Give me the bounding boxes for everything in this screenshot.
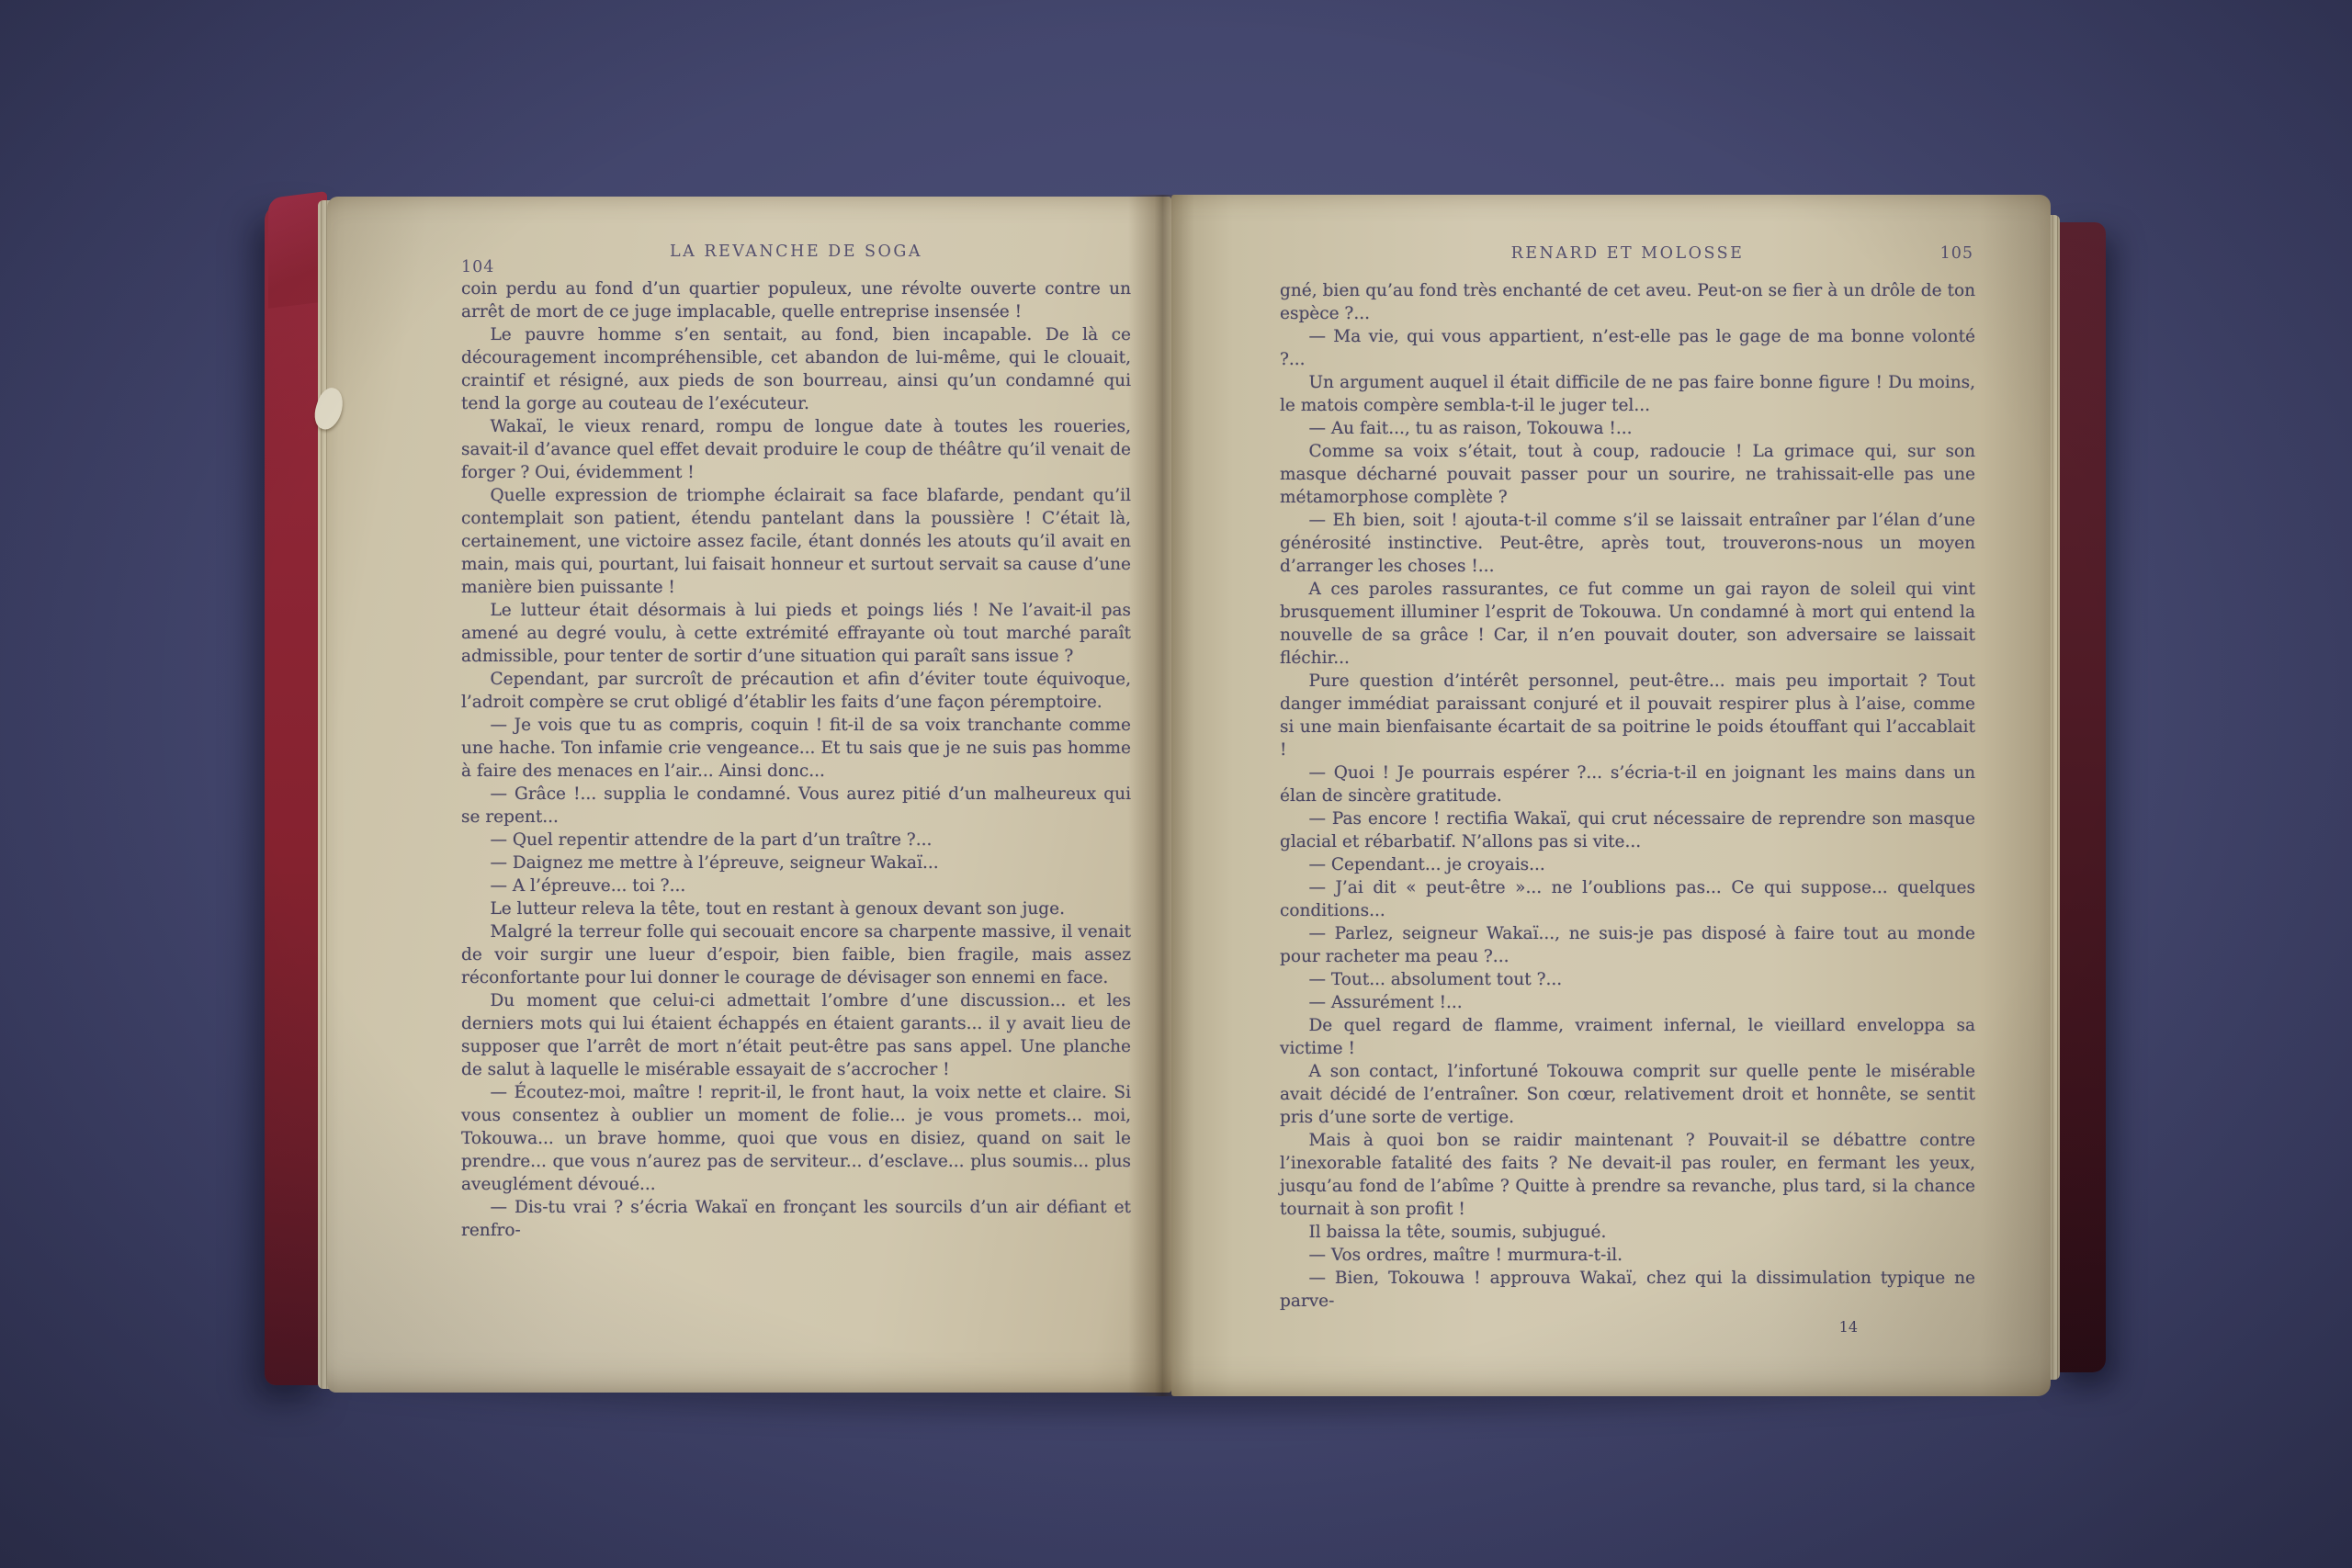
left-page-text: coin perdu au fond d’un quartier populeu… — [461, 277, 1131, 1242]
right-page-header: RENARD ET MOLOSSE 105 — [1280, 244, 1975, 281]
paragraph: — Assurément !... — [1280, 991, 1975, 1014]
paragraph: Quelle expression de triomphe éclairait … — [461, 484, 1131, 599]
page-number-right: 105 — [1940, 244, 1973, 263]
paragraph: — Quoi ! Je pourrais espérer ?... s’écri… — [1280, 761, 1975, 807]
left-page[interactable]: 104 LA REVANCHE DE SOGA coin perdu au fo… — [327, 197, 1171, 1393]
right-page-text: gné, bien qu’au fond très enchanté de ce… — [1280, 279, 1975, 1313]
paragraph: Wakaï, le vieux renard, rompu de longue … — [461, 415, 1131, 484]
photograph-background: 104 LA REVANCHE DE SOGA coin perdu au fo… — [0, 0, 2352, 1568]
paragraph: coin perdu au fond d’un quartier populeu… — [461, 277, 1131, 323]
paragraph: gné, bien qu’au fond très enchanté de ce… — [1280, 279, 1975, 325]
paragraph: Le lutteur releva la tête, tout en resta… — [461, 897, 1131, 920]
running-header-right: RENARD ET MOLOSSE — [1280, 244, 1975, 263]
paragraph: — Tout... absolument tout ?... — [1280, 968, 1975, 991]
paragraph: — Je vois que tu as compris, coquin ! fi… — [461, 714, 1131, 783]
paragraph: — Grâce !... supplia le condamné. Vous a… — [461, 783, 1131, 829]
paragraph: — Parlez, seigneur Wakaï..., ne suis-je … — [1280, 922, 1975, 968]
paragraph: Malgré la terreur folle qui secouait enc… — [461, 920, 1131, 989]
paragraph: — Écoutez-moi, maître ! reprit-il, le fr… — [461, 1081, 1131, 1196]
page-number-left: 104 — [461, 258, 494, 276]
paragraph: — J’ai dit « peut-être »... ne l’oublion… — [1280, 876, 1975, 922]
open-book: 104 LA REVANCHE DE SOGA coin perdu au fo… — [265, 162, 2115, 1407]
paragraph: — A l’épreuve... toi ?... — [461, 874, 1131, 897]
paragraph: — Au fait..., tu as raison, Tokouwa !... — [1280, 417, 1975, 440]
paragraph: A son contact, l’infortuné Tokouwa compr… — [1280, 1060, 1975, 1129]
right-page-content: gné, bien qu’au fond très enchanté de ce… — [1280, 279, 1975, 1338]
book-cover-left — [265, 204, 325, 1385]
paragraph: De quel regard de flamme, vraiment infer… — [1280, 1014, 1975, 1060]
running-header-left: LA REVANCHE DE SOGA — [461, 243, 1131, 261]
paragraph: Un argument auquel il était difficile de… — [1280, 371, 1975, 417]
paragraph: Mais à quoi bon se raidir maintenant ? P… — [1280, 1129, 1975, 1221]
right-page[interactable]: RENARD ET MOLOSSE 105 gné, bien qu’au fo… — [1171, 195, 2051, 1396]
paragraph: Le pauvre homme s’en sentait, au fond, b… — [461, 323, 1131, 415]
paragraph: — Bien, Tokouwa ! approuva Wakaï, chez q… — [1280, 1267, 1975, 1313]
paragraph: Du moment que celui-ci admettait l’ombre… — [461, 989, 1131, 1081]
paragraph: — Daignez me mettre à l’épreuve, seigneu… — [461, 852, 1131, 874]
paragraph: Comme sa voix s’était, tout à coup, rado… — [1280, 440, 1975, 509]
paragraph: — Quel repentir attendre de la part d’un… — [461, 829, 1131, 852]
paragraph: — Cependant... je croyais... — [1280, 853, 1975, 876]
paragraph: — Ma vie, qui vous appartient, n’est-ell… — [1280, 325, 1975, 371]
paragraph: Il baissa la tête, soumis, subjugué. — [1280, 1221, 1975, 1244]
paragraph: Cependant, par surcroît de précaution et… — [461, 668, 1131, 714]
left-page-content: coin perdu au fond d’un quartier populeu… — [461, 277, 1131, 1242]
paragraph: — Dis-tu vrai ? s’écria Wakaï en fronçan… — [461, 1196, 1131, 1242]
paragraph: — Pas encore ! rectifia Wakaï, qui crut … — [1280, 807, 1975, 853]
paragraph: A ces paroles rassurantes, ce fut comme … — [1280, 578, 1975, 670]
paragraph: — Eh bien, soit ! ajouta-t-il comme s’il… — [1280, 509, 1975, 578]
book-cover-right — [2054, 222, 2106, 1372]
paragraph: Pure question d’intérêt personnel, peut-… — [1280, 670, 1975, 761]
signature-mark: 14 — [1280, 1315, 1975, 1338]
left-page-header: 104 LA REVANCHE DE SOGA — [461, 243, 1131, 279]
paragraph: — Vos ordres, maître ! murmura-t-il. — [1280, 1244, 1975, 1267]
paragraph: Le lutteur était désormais à lui pieds e… — [461, 599, 1131, 668]
